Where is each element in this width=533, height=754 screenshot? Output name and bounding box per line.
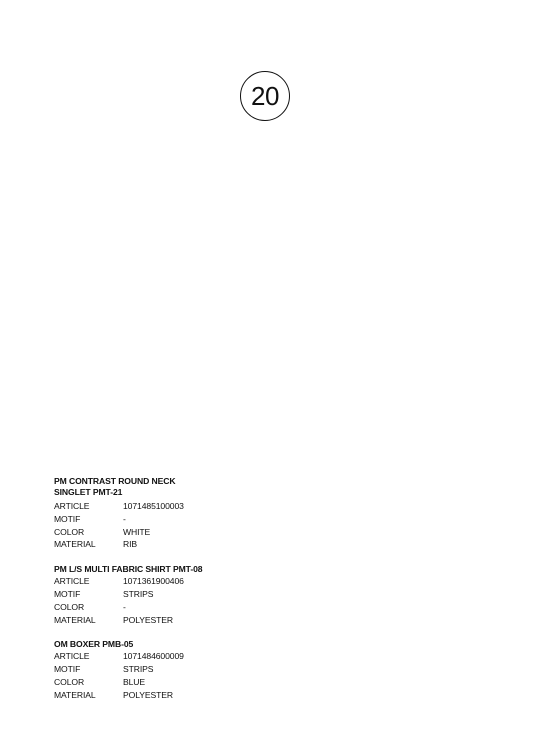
spec-row-motif: MOTIF - (54, 513, 354, 526)
spec-label: MOTIF (54, 663, 123, 676)
product-title: OM BOXER PMB-05 (54, 639, 274, 650)
spec-label: MOTIF (54, 513, 123, 526)
spec-value: 1071361900406 (123, 575, 184, 588)
spec-row-material: MATERIAL POLYESTER (54, 689, 354, 702)
spec-label: MOTIF (54, 588, 123, 601)
product-item: PM L/S MULTI FABRIC SHIRT PMT-08 ARTICLE… (54, 564, 354, 626)
spec-label: MATERIAL (54, 614, 123, 627)
spec-label: ARTICLE (54, 650, 123, 663)
spec-value: STRIPS (123, 588, 153, 601)
page-number: 20 (251, 81, 279, 112)
spec-value: STRIPS (123, 663, 153, 676)
spec-row-color: COLOR BLUE (54, 676, 354, 689)
spec-row-motif: MOTIF STRIPS (54, 588, 354, 601)
spec-value: WHITE (123, 526, 150, 539)
spec-row-color: COLOR - (54, 601, 354, 614)
spec-value: - (123, 601, 126, 614)
spec-row-motif: MOTIF STRIPS (54, 663, 354, 676)
spec-value: 1071484600009 (123, 650, 184, 663)
spec-row-material: MATERIAL POLYESTER (54, 614, 354, 627)
spec-label: ARTICLE (54, 500, 123, 513)
spec-label: ARTICLE (54, 575, 123, 588)
spec-label: COLOR (54, 526, 123, 539)
spec-row-color: COLOR WHITE (54, 526, 354, 539)
spec-value: BLUE (123, 676, 145, 689)
spec-value: 1071485100003 (123, 500, 184, 513)
spec-row-material: MATERIAL RIB (54, 538, 354, 551)
spec-label: COLOR (54, 676, 123, 689)
spec-row-article: ARTICLE 1071484600009 (54, 650, 354, 663)
product-title: PM L/S MULTI FABRIC SHIRT PMT-08 (54, 564, 274, 575)
spec-value: RIB (123, 538, 137, 551)
product-title: PM CONTRAST ROUND NECK SINGLET PMT-21 (54, 476, 204, 498)
spec-row-article: ARTICLE 1071485100003 (54, 500, 354, 513)
product-list: PM CONTRAST ROUND NECK SINGLET PMT-21 AR… (54, 476, 354, 715)
spec-label: COLOR (54, 601, 123, 614)
spec-value: POLYESTER (123, 614, 173, 627)
spec-label: MATERIAL (54, 689, 123, 702)
product-item: PM CONTRAST ROUND NECK SINGLET PMT-21 AR… (54, 476, 354, 551)
spec-label: MATERIAL (54, 538, 123, 551)
page-number-badge: 20 (240, 71, 290, 121)
product-item: OM BOXER PMB-05 ARTICLE 1071484600009 MO… (54, 639, 354, 701)
spec-value: - (123, 513, 126, 526)
spec-value: POLYESTER (123, 689, 173, 702)
spec-row-article: ARTICLE 1071361900406 (54, 575, 354, 588)
